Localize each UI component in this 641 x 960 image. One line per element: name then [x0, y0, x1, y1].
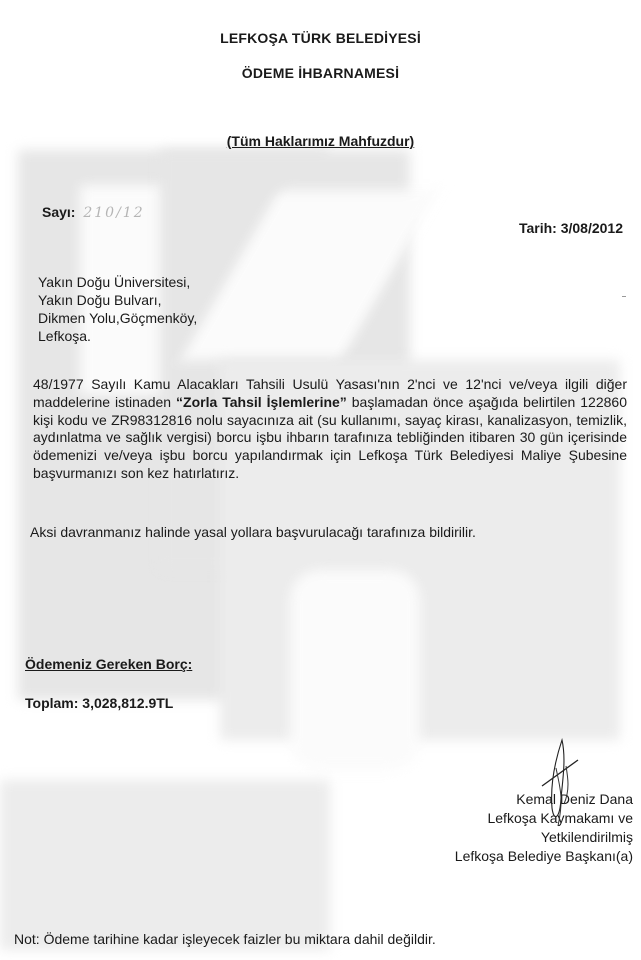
- document-type-title: ÖDEME İHBARNAMESİ: [0, 65, 641, 81]
- total-label: Toplam:: [25, 695, 78, 711]
- rights-notice: (Tüm Haklarımız Mahfuzdur): [0, 133, 641, 149]
- scan-mark: [622, 296, 626, 297]
- forced-collection-emphasis: “Zorla Tahsil İşlemlerine”: [176, 394, 347, 410]
- recipient-line: Yakın Doğu Bulvarı,: [38, 291, 161, 309]
- debt-heading: Ödemeniz Gereken Borç:: [25, 656, 192, 672]
- total-value: 3,028,812.9TL: [82, 695, 173, 711]
- tarih-value: 3/08/2012: [561, 220, 623, 236]
- debt-total: Toplam: 3,028,812.9TL: [25, 695, 173, 711]
- sayi-handwritten-value: 210/12: [83, 205, 144, 221]
- recipient-line: Lefkoşa.: [38, 327, 91, 345]
- tarih-label: Tarih:: [519, 220, 557, 236]
- sayi-label: Sayı:: [42, 204, 75, 220]
- signatory-title: Yetkilendirilmiş: [455, 828, 633, 847]
- handwritten-signature-icon: [530, 738, 590, 828]
- notice-body-paragraph: 48/1977 Sayılı Kamu Alacakları Tahsili U…: [33, 376, 627, 483]
- recipient-line: Dikmen Yolu,Göçmenköy,: [38, 309, 197, 327]
- rights-notice-text: (Tüm Haklarımız Mahfuzdur): [227, 133, 414, 149]
- organization-title: LEFKOŞA TÜRK BELEDİYESİ: [0, 30, 641, 46]
- signatory-title: Lefkoşa Belediye Başkanı(a): [455, 847, 633, 866]
- reference-number: Sayı: 210/12: [42, 204, 145, 221]
- date: Tarih: 3/08/2012: [519, 220, 623, 236]
- payment-notice-document: LEFKOŞA TÜRK BELEDİYESİ ÖDEME İHBARNAMES…: [0, 0, 641, 960]
- interest-footnote: Not: Ödeme tarihine kadar işleyecek faiz…: [14, 931, 436, 947]
- recipient-line: Yakın Doğu Üniversitesi,: [38, 273, 190, 291]
- legal-warning: Aksi davranmanız halinde yasal yollara b…: [30, 524, 476, 540]
